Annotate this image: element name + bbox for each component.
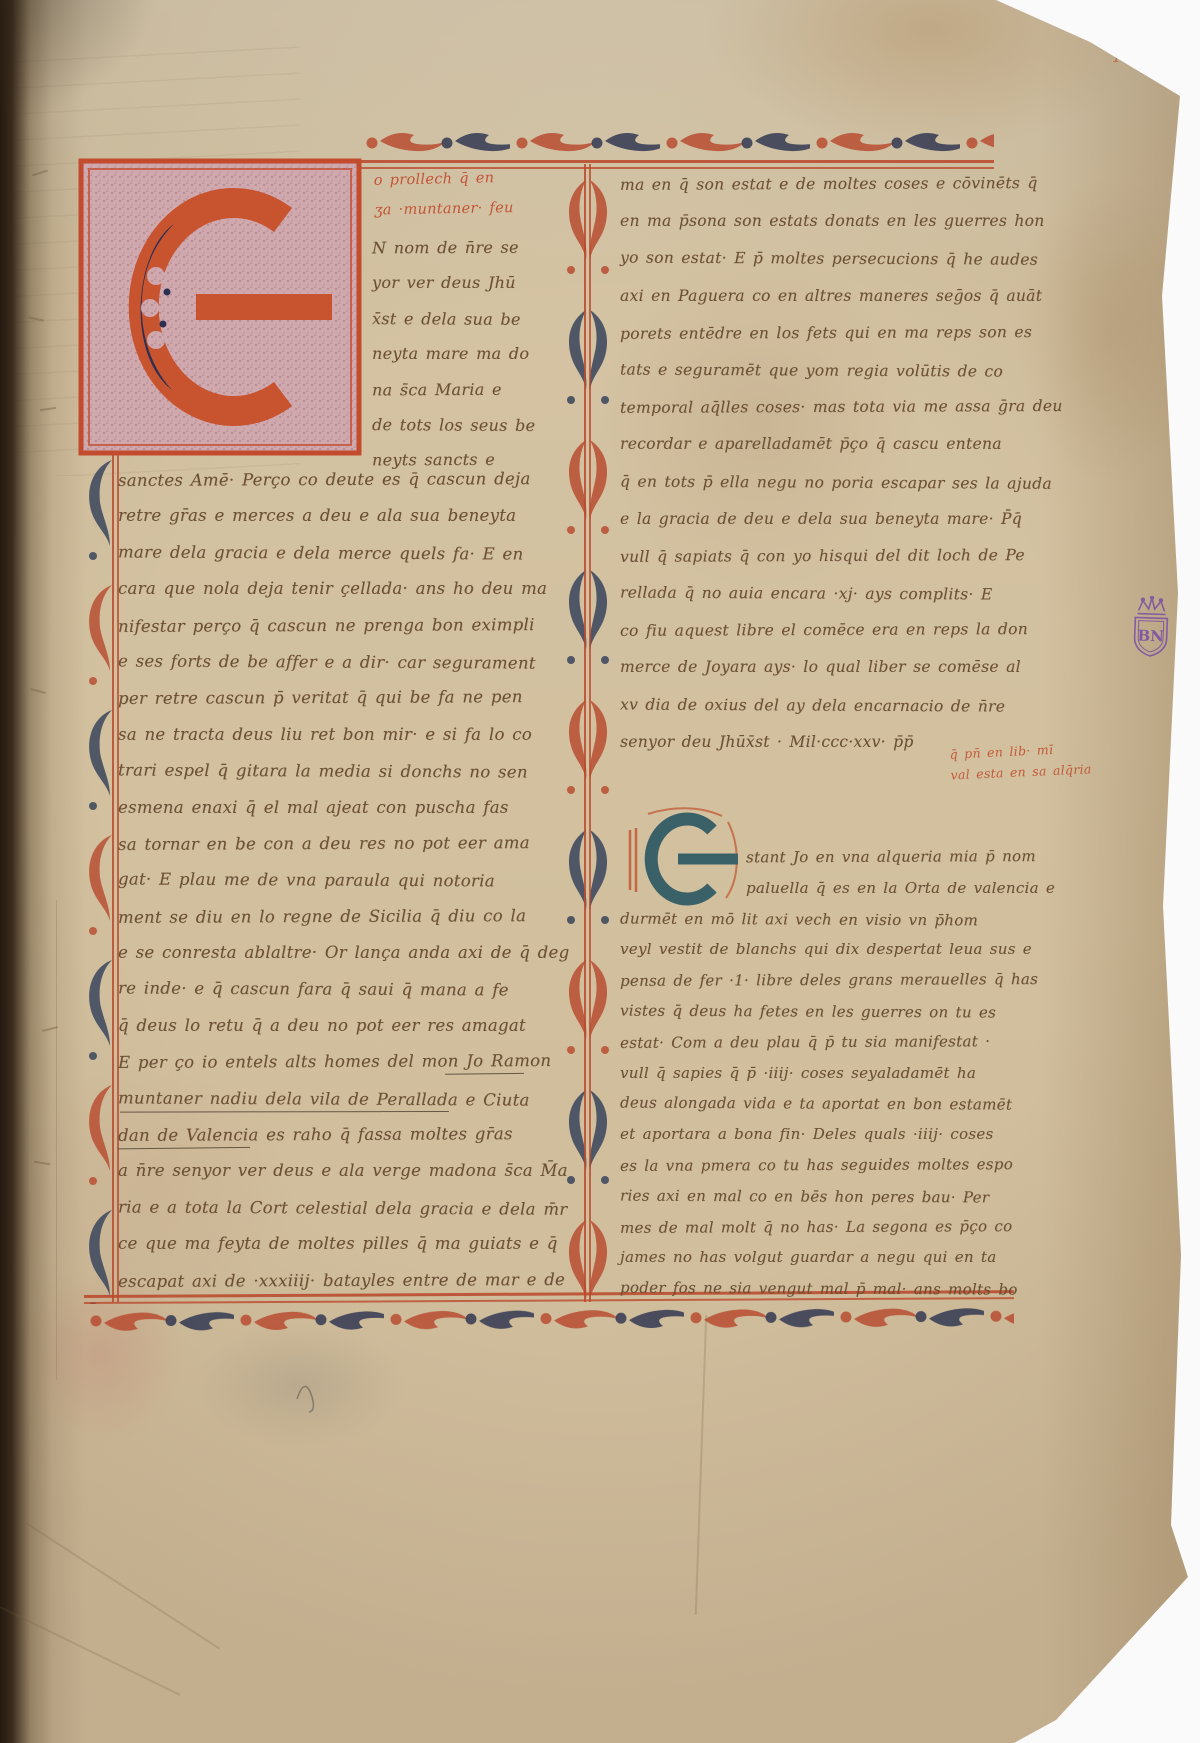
parchment-page: 1·3 <box>0 0 1200 1743</box>
text-line: ment se diu en lo regne de Sicilia q̄ di… <box>118 898 532 936</box>
text-column-left-narrow: N nom de n̄re se yor ver deus Jhū x̄st e… <box>372 230 537 478</box>
text-line: mes de mal molt q̄ no has· La segona es … <box>620 1211 1002 1243</box>
text-line: ma en q̄ son estat e de moltes coses e c… <box>620 165 998 204</box>
text-line: retre gr̄as e merces a deu e ala sua ben… <box>118 498 532 534</box>
text-line: poder fos ne sia vengut mal p̄ mal· ans … <box>620 1273 1002 1306</box>
text-line: senyor deu Jhūx̄st · Mil·ccc·xxv· p̄p̄ <box>620 724 998 761</box>
illuminated-initial-e <box>78 158 362 456</box>
text-line: per retre cascun p̄ veritat q̄ qui be fa… <box>118 679 532 717</box>
text-line: sanctes Amē· Perço co deute es q̄ cascun… <box>118 461 532 499</box>
text-line: co fiu aquest libre el comēce era en rep… <box>620 611 998 650</box>
text-line: pensa de fer ·1· libre deles grans merau… <box>620 964 1002 996</box>
text-line: rellada q̄ no auia encara ·xj· ays compl… <box>620 575 998 614</box>
text-line: re inde· e q̄ cascun fara q̄ saui q̄ man… <box>118 971 532 1010</box>
margin-mark <box>34 1161 50 1165</box>
edge-shading <box>1040 0 1200 1743</box>
text-line: tats e seguramēt que yom regia volūtis d… <box>620 351 998 390</box>
text-line: de tots los seus be <box>372 407 537 443</box>
text-line: stant Jo en vna alqueria mia p̄ nom <box>620 841 1002 873</box>
text-line: paluella q̄ es en la Orta de valencia e <box>620 873 1002 904</box>
margin-mark <box>30 688 46 694</box>
text-line: temporal aq̄lles coses· mas tota via me … <box>620 388 998 427</box>
top-border-ornaments <box>360 126 994 160</box>
bottom-border-ornaments <box>84 1299 1014 1338</box>
margin-mark <box>40 407 56 411</box>
text-line: sa tornar en be con a deu res no pot eer… <box>118 825 532 863</box>
margin-mark <box>28 316 44 321</box>
text-line: e la gracia de deu e dela sua beneyta ma… <box>620 501 998 538</box>
text-line: nifestar perço q̄ cascun ne prenga bon e… <box>118 607 532 645</box>
text-line: ria e a tota la Cort celestial dela grac… <box>118 1189 532 1228</box>
text-line: vull q̄ sapiats q̄ con yo hisqui del dit… <box>620 537 998 576</box>
text-line: ce que ma feyta de moltes pilles q̄ ma g… <box>118 1226 532 1262</box>
text-line: recordar e aparelladamēt p̄ço q̄ cascu e… <box>620 426 998 463</box>
text-line: mare dela gracia e dela merce quels fa· … <box>118 534 532 573</box>
text-line: et aportara a bona fin· Deles quals ·iii… <box>620 1119 1002 1150</box>
text-line: e ses forts de be affer e a dir· car seg… <box>118 643 532 682</box>
text-line: vull q̄ sapies q̄ p̄ ·iiij· coses seyala… <box>620 1058 1002 1089</box>
text-line: x̄st e dela sua be <box>372 301 537 337</box>
rubric-line: o prollech q̄ en <box>373 162 544 196</box>
library-stamp: BN <box>1127 595 1175 661</box>
text-column-right-lower: stant Jo en vna alqueria mia p̄ nom palu… <box>620 842 1002 1304</box>
text-line-underlined: muntaner nadiu dela vila de Perallada e … <box>118 1080 532 1119</box>
text-line: escapat axi de ·xxxiiij· batayles entre … <box>118 1262 532 1300</box>
text-line: sa ne tracta deus liu ret bon mir· e si … <box>118 717 532 753</box>
text-line: e se conresta ablaltre· Or lança anda ax… <box>118 935 532 971</box>
text-line: merce de Joyara ays· lo qual liber se co… <box>620 649 998 686</box>
left-border-ornaments <box>80 452 116 1304</box>
column-divider-rule <box>584 164 591 1302</box>
manuscript-scan: 1·3 <box>0 0 1200 1743</box>
text-line: estat· Com a deu plau q̄ p̄ tu sia manif… <box>620 1026 1002 1058</box>
crease-line <box>0 1606 180 1695</box>
text-line: es la vna pmera co tu has seguides molte… <box>620 1149 1002 1181</box>
text-line: vistes q̄ deus ha fetes en les guerres o… <box>620 995 1002 1028</box>
text-line: neyta mare ma do <box>372 336 537 371</box>
text-line: q̄ deus lo retu q̄ a deu no pot eer res … <box>118 1008 532 1044</box>
text-line: deus alongada vida e ta aportat en bon e… <box>620 1088 1002 1121</box>
crease-line <box>695 1315 707 1615</box>
text-line: axi en Paguera co en altres maneres seḡo… <box>620 278 998 315</box>
text-column-left: sanctes Amē· Perço co deute es q̄ cascun… <box>118 462 532 1299</box>
text-line-underlined: dan de Valencia es raho q̄ fassa moltes … <box>118 1116 532 1154</box>
text-line: porets entēdre en los fets qui en ma rep… <box>620 314 998 353</box>
text-line: en ma p̄sona son estats donats en les gu… <box>620 203 998 240</box>
text-line: a n̄re senyor ver deus e ala verge madon… <box>118 1153 532 1189</box>
stamp-letters: BN <box>1137 627 1164 646</box>
pencil-mark <box>285 1365 345 1415</box>
text-line: yor ver deus Jhū <box>372 265 537 300</box>
rubric-line: ʒa ·muntaner· feu <box>374 193 544 226</box>
text-line: yo son estat· E p̄ moltes persecucions q… <box>620 240 998 279</box>
text-line: durmēt en mō lit axi vech en visio vn p̄… <box>620 903 1002 936</box>
text-line: veyl vestit de blanchs qui dix despertat… <box>620 934 1002 965</box>
text-line: gat· E plau me de vna paraula qui notori… <box>118 862 532 901</box>
text-line: xv dia de oxius del ay dela encarnacio d… <box>620 686 998 725</box>
rubric-block: o prollech q̄ en ʒa ·muntaner· feu <box>373 163 544 226</box>
text-line: ries axi en mal co en bēs hon peres bau·… <box>620 1180 1002 1213</box>
text-line: N nom de n̄re se <box>372 230 537 266</box>
folio-number: 1·3 <box>1112 48 1142 66</box>
text-line: q̄ en tots p̄ ella negu no poria escapar… <box>620 463 998 502</box>
text-line-underlined: E per ço io entels alts homes del mon Jo… <box>118 1043 532 1081</box>
text-line: james no has volgut guardar a negu qui e… <box>620 1242 1002 1273</box>
crease-line <box>26 1522 220 1649</box>
text-line: cara que nola deja tenir çellada· ans ho… <box>118 571 532 607</box>
text-line: esmena enaxi q̄ el mal ajeat con puscha … <box>118 790 532 826</box>
margin-mark <box>32 170 48 177</box>
text-column-right-upper: ma en q̄ son estat e de moltes coses e c… <box>620 166 998 761</box>
crease-line <box>56 900 57 1380</box>
text-line: trari espel q̄ gitara la media si donchs… <box>118 753 532 792</box>
text-line: na s̄ca Maria e <box>372 371 537 407</box>
red-margin-note: q̄ pn̄ en lib· mī val esta en sa alq̄ria <box>949 737 1111 786</box>
